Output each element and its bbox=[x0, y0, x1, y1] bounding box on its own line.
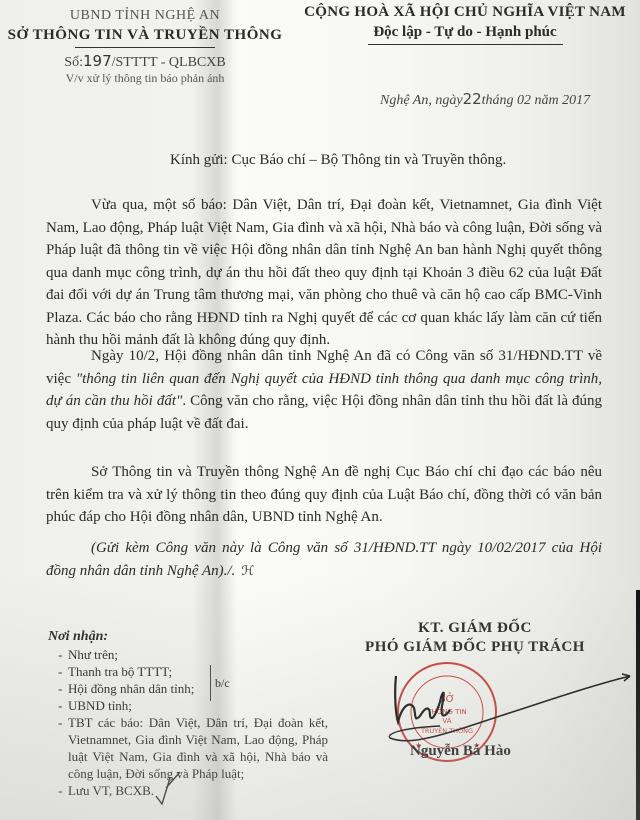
organization-name: UBND TỈNH NGHỆ AN bbox=[0, 8, 290, 24]
national-header: CỘNG HOÀ XÃ HỘI CHỦ NGHĨA VIỆT NAM Độc l… bbox=[290, 4, 640, 48]
handwritten-number: 197 bbox=[83, 52, 112, 70]
recipient-item: Hội đồng nhân dân tỉnh; bbox=[48, 680, 328, 697]
recipients-title: Nơi nhận: bbox=[48, 628, 328, 645]
handwritten-check-icon bbox=[150, 768, 190, 808]
handwritten-initials: ℋ bbox=[241, 564, 254, 579]
recipient-item: UBND tỉnh; bbox=[48, 697, 328, 714]
page-edge-shadow bbox=[636, 590, 640, 820]
nation-name: CỘNG HOÀ XÃ HỘI CHỦ NGHĨA VIỆT NAM bbox=[290, 4, 640, 21]
signer-name: Nguyễn Bá Hào bbox=[410, 743, 511, 760]
handwritten-day: 22 bbox=[463, 90, 482, 108]
recipient-item: Thanh tra bộ TTTT; bbox=[48, 663, 328, 680]
body-paragraph-4: (Gửi kèm Công văn này là Công văn số 31/… bbox=[46, 537, 602, 583]
bracket-note: b/c bbox=[215, 676, 230, 691]
issuer-header: UBND TỈNH NGHỆ AN SỞ THÔNG TIN VÀ TRUYỀN… bbox=[0, 8, 290, 86]
recipients-bracket bbox=[210, 665, 211, 701]
header-rule-left bbox=[75, 47, 215, 48]
recipient-item: Như trên; bbox=[48, 646, 328, 663]
department-name: SỞ THÔNG TIN VÀ TRUYỀN THÔNG bbox=[0, 27, 290, 44]
national-motto: Độc lập - Tự do - Hạnh phúc bbox=[290, 24, 640, 41]
body-paragraph-1: Vừa qua, một số báo: Dân Việt, Dân trí, … bbox=[46, 194, 602, 352]
body-paragraph-2: Ngày 10/2, Hội đồng nhân dân tỉnh Nghệ A… bbox=[46, 345, 602, 435]
document-date: Nghệ An, ngày22tháng 02 năm 2017 bbox=[380, 90, 590, 109]
header-rule-right bbox=[368, 44, 563, 45]
document-page: UBND TỈNH NGHỆ AN SỞ THÔNG TIN VÀ TRUYỀN… bbox=[0, 0, 640, 820]
signature-block: KT. GIÁM ĐỐC PHÓ GIÁM ĐỐC PHỤ TRÁCH bbox=[330, 620, 620, 656]
greeting: Kính gửi: Cục Báo chí – Bộ Thông tin và … bbox=[170, 152, 506, 169]
signature-title-1: KT. GIÁM ĐỐC bbox=[330, 620, 620, 637]
document-number: Số:197/STTTT - QLBCXB bbox=[0, 52, 290, 71]
signature-title-2: PHÓ GIÁM ĐỐC PHỤ TRÁCH bbox=[330, 639, 620, 656]
document-subject: V/v xử lý thông tin báo phản ánh bbox=[0, 71, 290, 86]
body-paragraph-3: Sở Thông tin và Truyền thông Nghệ An đề … bbox=[46, 461, 602, 529]
